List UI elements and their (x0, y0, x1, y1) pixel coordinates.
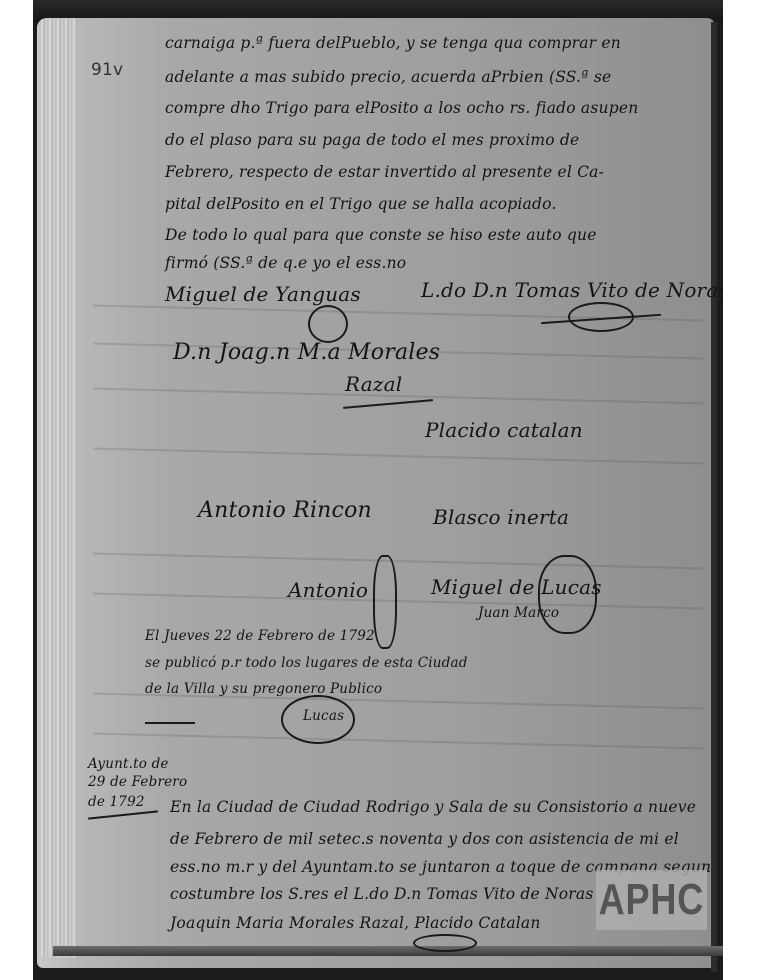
aphc-watermark-logo: APHC (596, 870, 707, 930)
page-bottom-edge (53, 946, 723, 956)
page-right-edge (711, 22, 717, 972)
manuscript-scan: 91v carnaiga p.ª fuera delPueblo, y se t… (33, 0, 723, 980)
signature-joaquin-morales: D.n Joag.n M.a Morales (173, 340, 440, 365)
signature-razal: Razal (345, 372, 402, 396)
manuscript-page (37, 18, 715, 968)
margin-note-line: se publicó p.r todo los lugares de esta … (145, 655, 468, 671)
text-line: adelante a mas subido precio, acuerda aP… (165, 68, 611, 86)
text-line: compre dho Trigo para elPosito a los och… (165, 99, 638, 117)
book-spine-edge (37, 18, 77, 958)
margin-note-line: 29 de Febrero (88, 774, 187, 790)
signature-rubric (308, 305, 348, 343)
text-line: costumbre los S.res el L.do D.n Tomas Vi… (170, 885, 593, 903)
text-line: pital delPosito en el Trigo que se halla… (165, 195, 557, 213)
text-line: firmó (SS.ª de q.e yo el ess.no (165, 254, 406, 272)
signature-rubric (281, 695, 355, 744)
signature-rubric (373, 555, 397, 649)
text-line: de Febrero de mil setec.s noventa y dos … (170, 830, 679, 848)
signature-antonio: Antonio (288, 578, 368, 602)
text-line: En la Ciudad de Ciudad Rodrigo y Sala de… (170, 798, 696, 816)
signature-miguel-yanguas: Miguel de Yanguas (165, 282, 361, 306)
margin-note-line: El Jueves 22 de Febrero de 1792 (145, 628, 375, 644)
text-line: Joaquin Maria Morales Razal, Placido Cat… (170, 914, 541, 932)
text-line: carnaiga p.ª fuera delPueblo, y se tenga… (165, 34, 621, 52)
signature-antonio-rincon: Antonio Rincon (198, 498, 372, 523)
watermark-text: APHC (599, 875, 705, 925)
margin-note-line: de la Villa y su pregonero Publico (145, 681, 382, 697)
signature-rubric (413, 934, 477, 952)
text-line: De todo lo qual para que conste se hiso … (165, 226, 597, 244)
text-line: do el plaso para su paga de todo el mes … (165, 131, 579, 149)
signature-rubric (538, 555, 597, 634)
signature-placido-catalan: Placido catalan (425, 418, 583, 442)
signature-tomas-vito: L.do D.n Tomas Vito de Noras (421, 278, 723, 302)
margin-rule (145, 722, 195, 724)
signature-blasco-inerta: Blasco inerta (433, 505, 569, 529)
folio-number: 91v (91, 60, 123, 80)
margin-note-line: Ayunt.to de (88, 756, 169, 772)
text-line: Febrero, respecto de estar invertido al … (165, 163, 604, 181)
margin-note-line: de 1792 (88, 794, 145, 810)
